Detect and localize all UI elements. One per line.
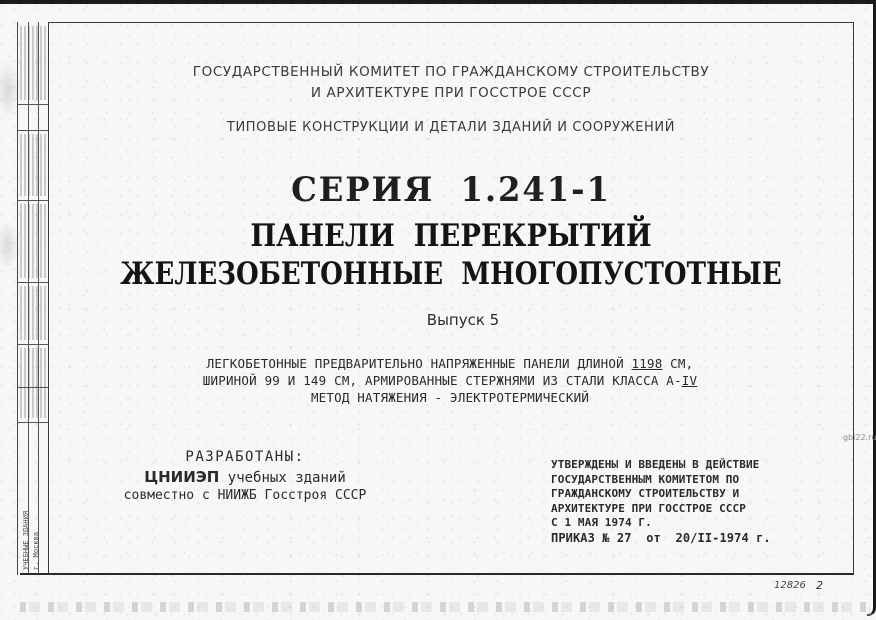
co-developer: совместно с НИИЖБ Госстроя СССР [95, 488, 395, 503]
title-line1: ПАНЕЛИ ПЕРЕКРЫТИЙ [96, 218, 805, 254]
developers-block: Разработаны: ЦНИИЭП учебных зданий совме… [95, 449, 395, 503]
stamp-footer-line: УЧЕБНЫЕ ЗДАНИЯ [22, 511, 30, 570]
stamp-footer-text: УЧЕБНЫЕ ЗДАНИЯ г. Москва [21, 420, 43, 570]
description-text: см, [662, 356, 693, 371]
stamp-footer-line: г. Москва [32, 532, 40, 570]
stamp-handwriting [20, 26, 47, 100]
watermark: gbi22.ru [843, 433, 876, 442]
scan-right-edge [867, 0, 876, 616]
approval-block: Утверждены и введены в действие Государс… [551, 458, 801, 545]
stamp-handwriting [20, 134, 47, 196]
stamp-row-divider [18, 344, 49, 345]
approval-line: Утверждены и введены в действие [551, 458, 801, 473]
stamp-handwriting [20, 286, 47, 340]
header-catalog-line: Типовые конструкции и детали зданий и со… [48, 120, 854, 135]
approval-order: ПРИКАЗ № 27 от 20/II-1974 г. [551, 531, 801, 546]
description-text: Легкобетонные предварительно напряженные… [207, 356, 632, 371]
panel-length-value: 1198 [632, 356, 663, 371]
issue-number: Выпуск 5 [60, 311, 866, 329]
steel-class-value: IV [682, 373, 697, 388]
stamp-row-divider [18, 130, 49, 131]
description: Легкобетонные предварительно напряженные… [140, 355, 760, 406]
developer-org-name: ЦНИИЭП [144, 468, 219, 486]
stamp-row-divider [18, 282, 49, 283]
description-line2: шириной 99 и 149 см, армированные стержн… [140, 372, 760, 389]
series-number: СЕРИЯ 1.241-1 [68, 170, 834, 210]
scan-smudge [0, 220, 18, 270]
stamp-handwriting [20, 348, 47, 418]
frame-bottom-extension [20, 573, 50, 575]
description-line3: Метод натяжения - электротермический [140, 389, 760, 406]
sheet-code: 12826 [774, 580, 806, 591]
approval-line: гражданскому строительству и [551, 487, 801, 502]
header-committee-line2: и архитектуре при Госстрое СССР [48, 85, 854, 101]
description-text: шириной 99 и 149 см, армированные стержн… [203, 373, 682, 388]
description-line1: Легкобетонные предварительно напряженные… [140, 355, 760, 372]
developer-org-rest: учебных зданий [219, 470, 345, 486]
header-committee-line1: Государственный комитет по гражданскому … [48, 64, 854, 80]
approval-line: архитектуре при Госстрое СССР [551, 502, 801, 517]
sheet-number: 2 [816, 579, 823, 592]
stamp-row-divider [18, 104, 49, 105]
scan-top-edge [0, 0, 876, 4]
scan-bottom-noise [20, 602, 870, 612]
title-line2: ЖЕЛЕЗОБЕТОННЫЕ МНОГОПУСТОТНЫЕ [112, 256, 789, 292]
approval-line: с 1 мая 1974 г. [551, 516, 801, 531]
approval-line: Государственным комитетом по [551, 473, 801, 488]
developer-organization: ЦНИИЭП учебных зданий [95, 468, 395, 486]
developers-label: Разработаны: [95, 449, 395, 465]
stamp-row-divider [18, 200, 49, 201]
drawing-sheet: УЧЕБНЫЕ ЗДАНИЯ г. Москва Государственный… [0, 0, 876, 620]
stamp-handwriting [20, 204, 47, 278]
